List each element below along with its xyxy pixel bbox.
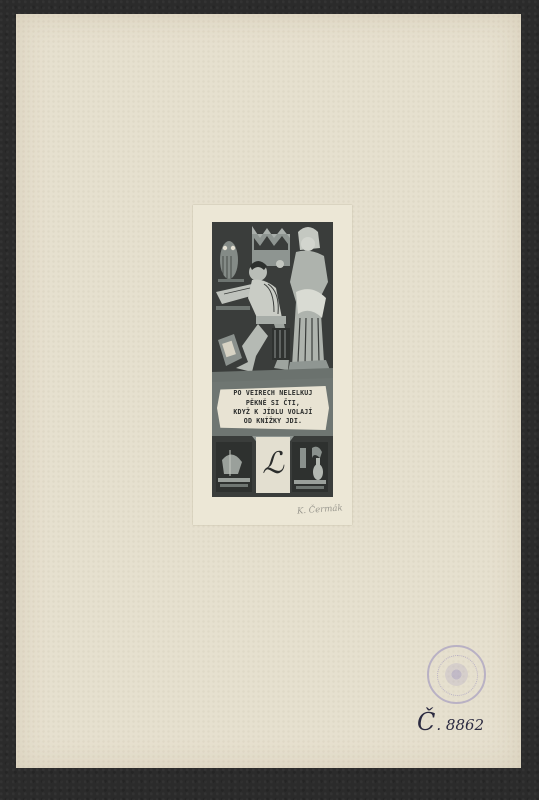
monogram-panel: ℒ [256,437,290,493]
inventory-number: Č. 8862 [417,708,484,736]
motto-line-4: OD KNÍŽKY JDI. [244,417,302,426]
inventory-value: . 8862 [436,716,484,734]
motto-line-2: PĚKNĚ SI ČTI, [246,399,300,408]
stamp-emblem-icon [445,663,468,686]
inventory-prefix: Č [417,708,435,736]
motto-banner: PO VEIRECH NELELKUJ PĚKNĚ SI ČTI, KDYŽ K… [217,386,329,430]
vase-panel [292,442,328,492]
motto-line-1: PO VEIRECH NELELKUJ [233,389,312,398]
ship-panel [216,442,252,492]
monogram-letter: ℒ [256,439,290,489]
collection-stamp-icon [427,645,486,704]
motto-line-3: KDYŽ K JÍDLU VOLAJÍ [233,408,312,417]
